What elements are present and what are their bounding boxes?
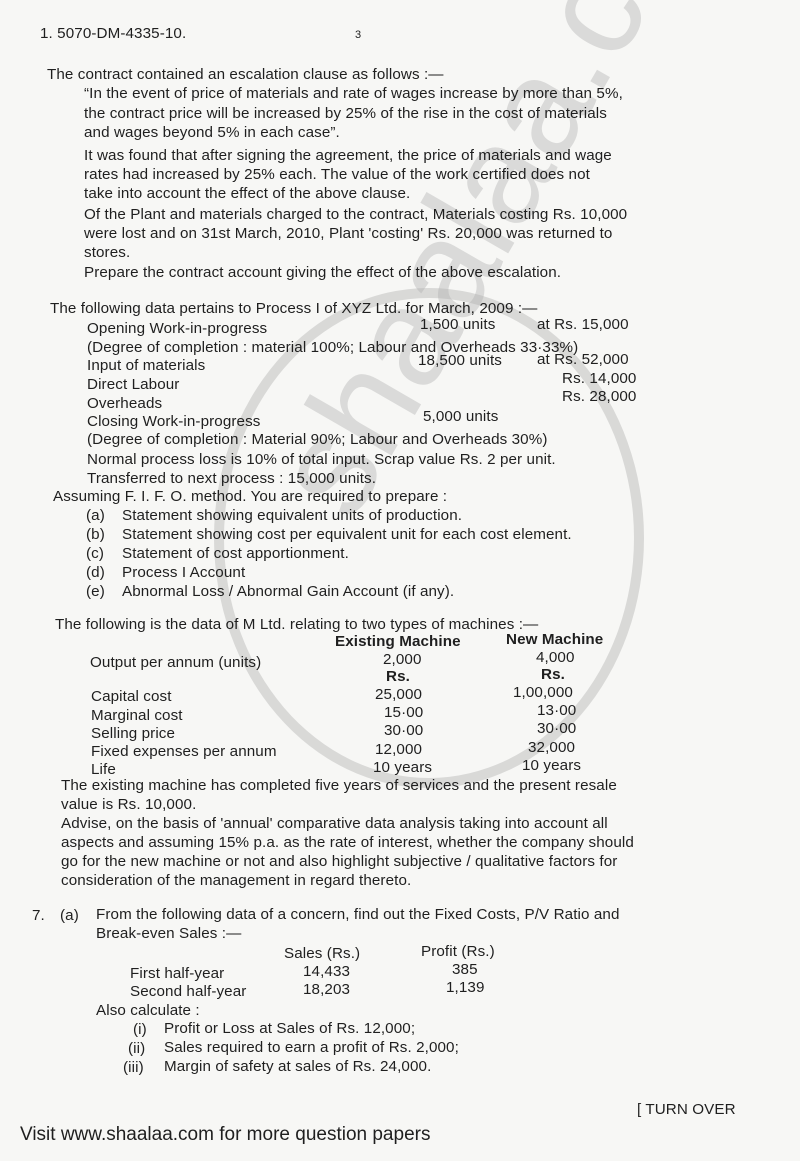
para-line: rates had increased by 25% each. The val… (84, 165, 590, 184)
q6-row-label: Fixed expenses per annum (91, 742, 277, 761)
part-id: (c) (86, 544, 104, 563)
q7-row-sales: 18,203 (303, 980, 350, 999)
visit-link[interactable]: Visit www.shaalaa.com for more question … (20, 1124, 430, 1146)
escalation-intro: The contract contained an escalation cla… (47, 65, 444, 84)
q6-row-existing: 15·00 (384, 703, 423, 722)
q6-para: aspects and assuming 15% p.a. as the rat… (61, 833, 634, 852)
q7-row-sales: 14,433 (303, 962, 350, 981)
para-line: It was found that after signing the agre… (84, 146, 612, 165)
q5-row-amount: Rs. 14,000 (562, 369, 636, 388)
page-mark: 3 (355, 26, 361, 45)
q5-note: Transferred to next process : 15,000 uni… (87, 469, 376, 488)
q6-row-existing: Rs. (386, 667, 410, 686)
part-id: (e) (86, 582, 105, 601)
q7-row-label: First half-year (130, 964, 224, 983)
q7-row-profit: 1,139 (446, 978, 485, 997)
q5-row-label: Direct Labour (87, 375, 179, 394)
q5-requirement: Assuming F. I. F. O. method. You are req… (53, 487, 447, 506)
para-line: take into account the effect of the abov… (84, 184, 410, 203)
q6-para: The existing machine has completed five … (61, 776, 617, 795)
q5-row-units: 5,000 units (423, 407, 498, 426)
instruction: Prepare the contract account giving the … (84, 263, 561, 282)
q6-row-new: 32,000 (528, 738, 575, 757)
q6-row-existing: 25,000 (375, 685, 422, 704)
q6-row-new: 1,00,000 (513, 683, 573, 702)
clause-line: “In the event of price of materials and … (84, 84, 623, 103)
q6-row-existing: 10 years (373, 758, 432, 777)
q6-row-new: 13·00 (537, 701, 576, 720)
q5-row-label: Input of materials (87, 356, 205, 375)
q5-row-label: (Degree of completion : Material 90%; La… (87, 430, 548, 449)
q5-row-amount: Rs. 28,000 (562, 387, 636, 406)
q6-row-new: 10 years (522, 756, 581, 775)
q6-row-new: Rs. (541, 665, 565, 684)
q6-row-label: Capital cost (91, 687, 172, 706)
part-id: (d) (86, 563, 105, 582)
q6-row-label: Marginal cost (91, 706, 183, 725)
q7-col-sales: Sales (Rs.) (284, 944, 360, 963)
para-line: were lost and on 31st March, 2010, Plant… (84, 224, 612, 243)
q7-row-profit: 385 (452, 960, 478, 979)
q7-intro: From the following data of a concern, fi… (96, 905, 620, 924)
subpart-text: Profit or Loss at Sales of Rs. 12,000; (164, 1019, 415, 1038)
q7-also: Also calculate : (96, 1001, 200, 1020)
q6-para: Advise, on the basis of 'annual' compara… (61, 814, 608, 833)
q6-col-existing: Existing Machine (335, 632, 461, 651)
q5-note: Normal process loss is 10% of total inpu… (87, 450, 556, 469)
q6-row-existing: 12,000 (375, 740, 422, 759)
subpart-text: Sales required to earn a profit of Rs. 2… (164, 1038, 459, 1057)
subpart-id: (i) (133, 1020, 147, 1039)
q6-para: value is Rs. 10,000. (61, 795, 196, 814)
para-line: Of the Plant and materials charged to th… (84, 205, 627, 224)
q5-row-label: Opening Work-in-progress (87, 319, 267, 338)
subpart-text: Margin of safety at sales of Rs. 24,000. (164, 1057, 431, 1076)
subpart-id: (iii) (123, 1058, 144, 1077)
q7-col-profit: Profit (Rs.) (421, 942, 495, 961)
q7-intro: Break-even Sales :— (96, 924, 241, 943)
subpart-id: (ii) (128, 1039, 145, 1058)
q6-row-existing: 30·00 (384, 721, 423, 740)
q7-number: 7. (32, 906, 45, 925)
q5-row-label: (Degree of completion : material 100%; L… (87, 338, 578, 357)
q6-row-label: Output per annum (units) (90, 653, 261, 672)
part-text: Statement of cost apportionment. (122, 544, 349, 563)
q6-para: consideration of the management in regar… (61, 871, 411, 890)
turn-over: [ TURN OVER (637, 1100, 736, 1119)
para-line: stores. (84, 243, 130, 262)
q6-intro: The following is the data of M Ltd. rela… (55, 615, 538, 634)
q5-row-label: Overheads (87, 394, 162, 413)
q5-row-amount: at Rs. 52,000 (537, 350, 629, 369)
paper-code: 1. 5070-DM-4335-10. (40, 24, 186, 43)
q6-col-new: New Machine (506, 630, 603, 649)
q5-row-amount: at Rs. 15,000 (537, 315, 629, 334)
q7-row-label: Second half-year (130, 982, 246, 1001)
q5-row-label: Closing Work-in-progress (87, 412, 260, 431)
part-text: Abnormal Loss / Abnormal Gain Account (i… (122, 582, 454, 601)
part-id: (b) (86, 525, 105, 544)
part-id: (a) (86, 506, 105, 525)
q5-row-units: 1,500 units (420, 315, 495, 334)
part-text: Statement showing equivalent units of pr… (122, 506, 462, 525)
q6-row-label: Selling price (91, 724, 175, 743)
clause-line: and wages beyond 5% in each case”. (84, 123, 340, 142)
part-text: Statement showing cost per equivalent un… (122, 525, 572, 544)
part-text: Process I Account (122, 563, 245, 582)
q6-para: go for the new machine or not and also h… (61, 852, 617, 871)
q6-row-new: 30·00 (537, 719, 576, 738)
clause-line: the contract price will be increased by … (84, 104, 607, 123)
q7-part: (a) (60, 906, 79, 925)
q5-row-units: 18,500 units (418, 351, 502, 370)
